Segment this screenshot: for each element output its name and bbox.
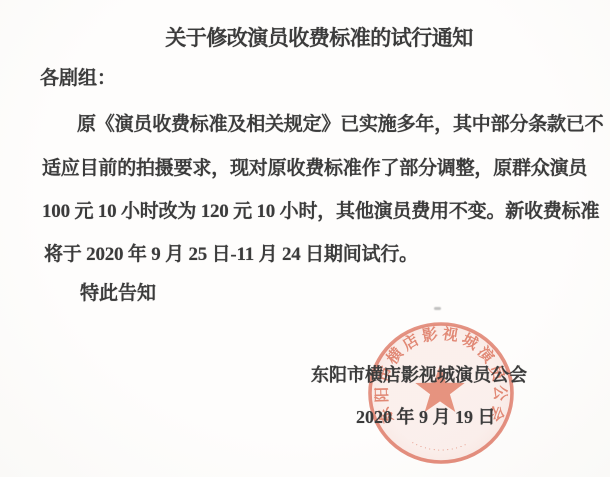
body-line-3: 100 元 10 小时改为 120 元 10 小时，其他演员费用不变。新收费标准 [42, 196, 599, 223]
seal-serial-marks: ············· [410, 440, 468, 454]
scan-artifact-speck [434, 307, 441, 310]
notice-document: 关于修改演员收费标准的试行通知 各剧组： 原《演员收费标准及相关规定》已实施多年… [0, 0, 610, 477]
signature-date: 2020 年 9 月 19 日 [356, 403, 496, 429]
closing-phrase: 特此告知 [80, 278, 156, 305]
signature-organization: 东阳市横店影视城演员公会 [311, 361, 527, 387]
svg-text:·············: ············· [410, 440, 468, 454]
official-seal-stamp: 东阳市横店影视城演员公会 ············· [366, 320, 516, 468]
body-line-1: 原《演员收费标准及相关规定》已实施多年，其中部分条款已不 [77, 109, 603, 136]
body-line-2: 适应目前的拍摄要求，现对原收费标准作了部分调整，原群众演员 [42, 153, 587, 180]
document-title: 关于修改演员收费标准的试行通知 [0, 22, 610, 52]
salutation: 各剧组： [40, 63, 116, 90]
body-line-4: 将于 2020 年 9 月 25 日-11 月 24 日期间试行。 [44, 239, 418, 266]
